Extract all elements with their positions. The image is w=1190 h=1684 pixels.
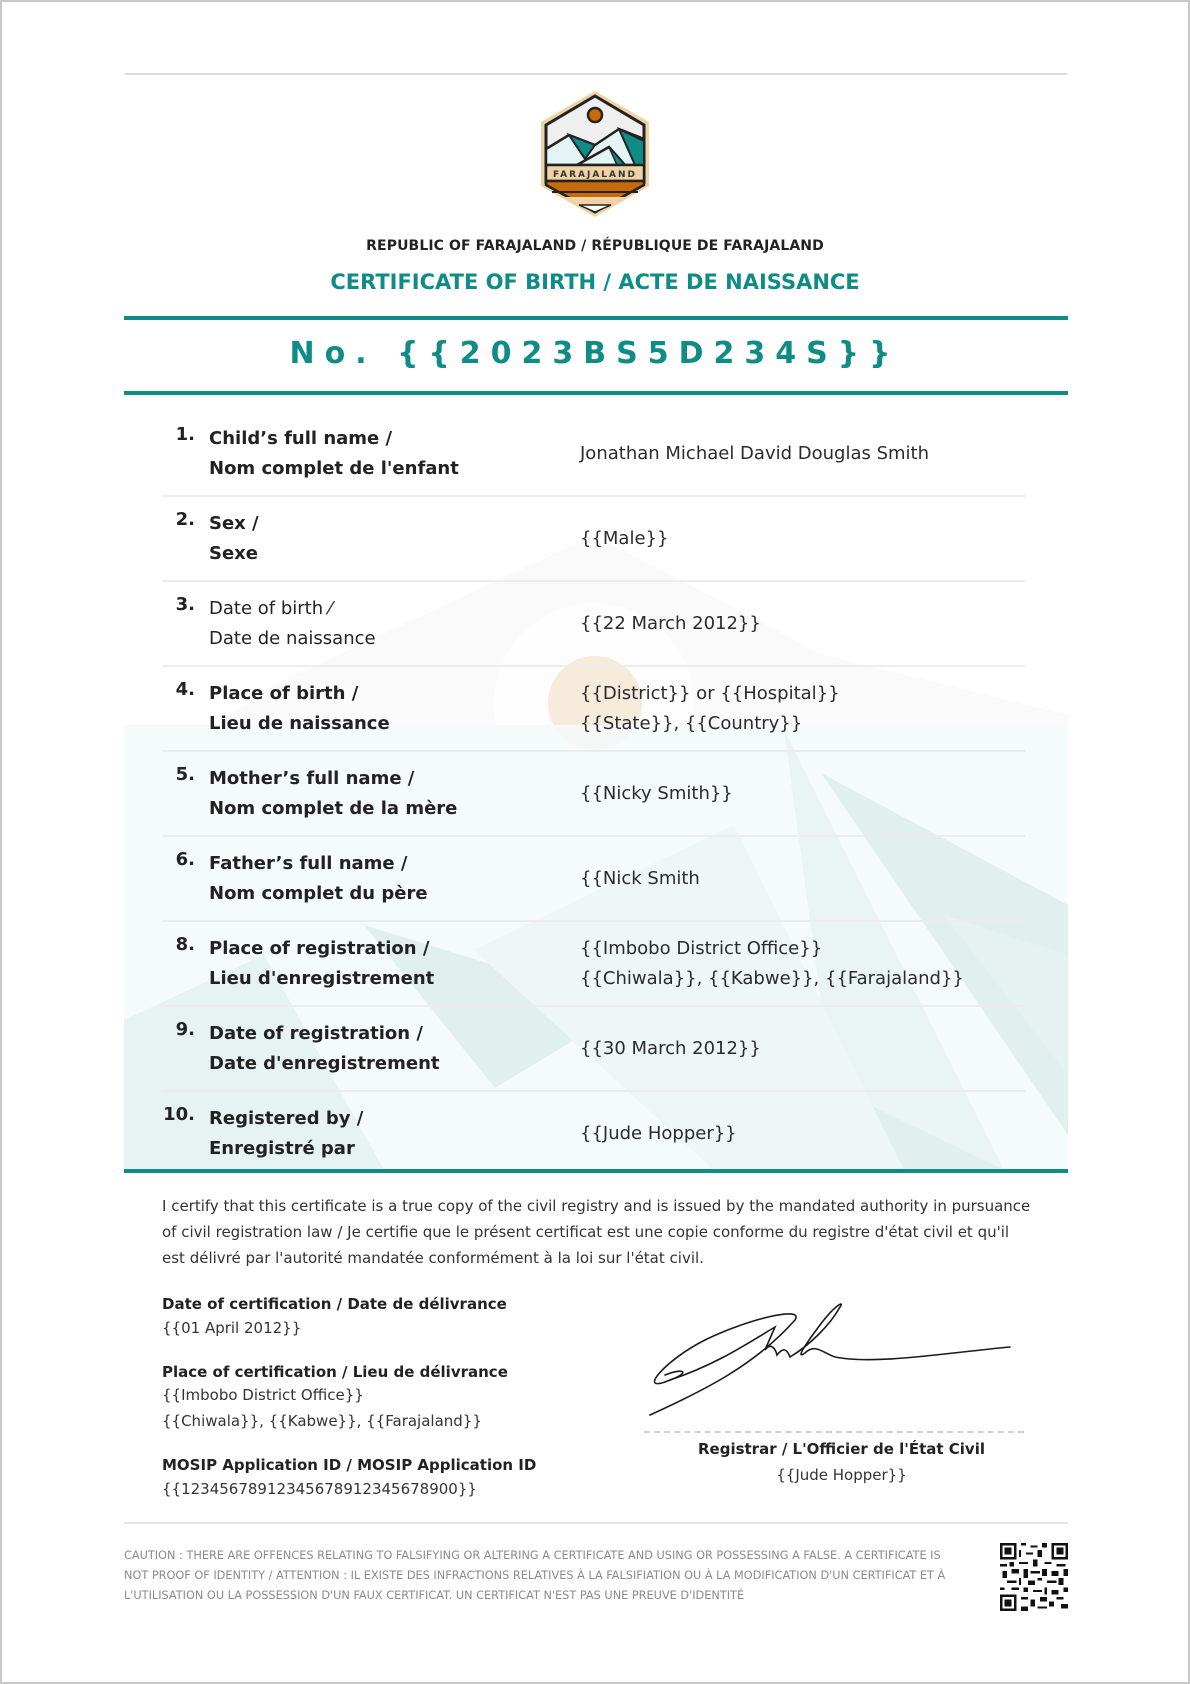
field-label: Place of registration /Lieu d'enregistre… [209,934,434,994]
certification-place-label: Place of certification / Lieu de délivra… [162,1363,508,1381]
certification-place-line2: {{Chiwala}}, {{Kabwe}}, {{Farajaland}} [162,1409,482,1434]
certificate-title: CERTIFICATE OF BIRTH / ACTE DE NAISSANCE [0,270,1190,294]
field-value: {{Jude Hopper}} [580,1119,737,1149]
field-label: Date of registration /Date d'enregistrem… [209,1019,440,1079]
certificate-fields: 1. Child’s full name /Nom complet de l'e… [163,412,1025,1175]
republic-heading: REPUBLIC OF FARAJALAND / RÉPUBLIQUE DE F… [0,238,1190,254]
certification-statement: I certify that this certificate is a tru… [162,1193,1032,1271]
field-value: {{Nicky Smith}} [580,779,733,809]
field-label: Mother’s full name /Nom complet de la mè… [209,764,457,824]
field-number: 10. [163,1104,195,1125]
field-label: Sex /Sexe [209,509,259,569]
field-label: Father’s full name /Nom complet du père [209,849,428,909]
field-number: 5. [163,764,195,785]
field-row-mother-name: 5. Mother’s full name /Nom complet de la… [163,752,1025,837]
field-row-date-of-registration: 9. Date of registration /Date d'enregist… [163,1007,1025,1092]
field-label: Date of birth ⁄Date de naissance [209,594,376,654]
field-row-sex: 2. Sex /Sexe {{Male}} [163,497,1025,582]
footer-divider [124,1522,1068,1524]
field-row-child-name: 1. Child’s full name /Nom complet de l'e… [163,412,1025,497]
svg-text:FARAJALAND: FARAJALAND [553,170,637,180]
field-row-place-of-birth: 4. Place of birth /Lieu de naissance {{D… [163,667,1025,752]
fields-bottom-divider [124,1169,1068,1173]
field-label: Child’s full name /Nom complet de l'enfa… [209,424,459,484]
certification-date-label: Date of certification / Date de délivran… [162,1295,507,1313]
field-number: 2. [163,509,195,530]
mosip-id-label: MOSIP Application ID / MOSIP Application… [162,1456,536,1474]
field-number: 1. [163,424,195,445]
caution-notice: CAUTION : THERE ARE OFFENCES RELATING TO… [124,1546,964,1606]
registrar-title: Registrar / L'Officier de l'État Civil [644,1440,1039,1458]
title-divider [124,316,1068,320]
certification-date-value: {{01 April 2012}} [162,1316,301,1341]
field-label: Place of birth /Lieu de naissance [209,679,390,739]
field-value: {{District}} or {{Hospital}}{{State}}, {… [580,679,840,739]
field-row-registered-by: 10. Registered by /Enregistré par {{Jude… [163,1092,1025,1175]
qr-code-icon [1000,1543,1068,1611]
signature-line [644,1431,1024,1433]
field-value: {{22 March 2012}} [580,609,761,639]
field-value: {{Male}} [580,524,668,554]
field-number: 4. [163,679,195,700]
mosip-id-value: {{12345678912345678912345678900}} [162,1477,477,1502]
field-row-place-of-registration: 8. Place of registration /Lieu d'enregis… [163,922,1025,1007]
registrar-signature-icon [645,1295,1020,1420]
field-number: 6. [163,849,195,870]
certificate-number: No. {{2023BS5D234S}} [0,336,1190,371]
top-divider [125,73,1067,75]
field-value: Jonathan Michael David Douglas Smith [580,439,929,469]
field-number: 9. [163,1019,195,1040]
field-number: 8. [163,934,195,955]
farajaland-emblem-icon: FARAJALAND [537,89,653,219]
registrar-name: {{Jude Hopper}} [644,1466,1039,1484]
field-row-date-of-birth: 3. Date of birth ⁄Date de naissance {{22… [163,582,1025,667]
field-label: Registered by /Enregistré par [209,1104,363,1164]
field-row-father-name: 6. Father’s full name /Nom complet du pè… [163,837,1025,922]
field-number: 3. [163,594,195,615]
field-value: {{Imbobo District Office}}{{Chiwala}}, {… [580,934,964,994]
field-value: {{Nick Smith [580,864,700,894]
certification-place-line1: {{Imbobo District Office}} [162,1383,364,1408]
field-value: {{30 March 2012}} [580,1034,761,1064]
